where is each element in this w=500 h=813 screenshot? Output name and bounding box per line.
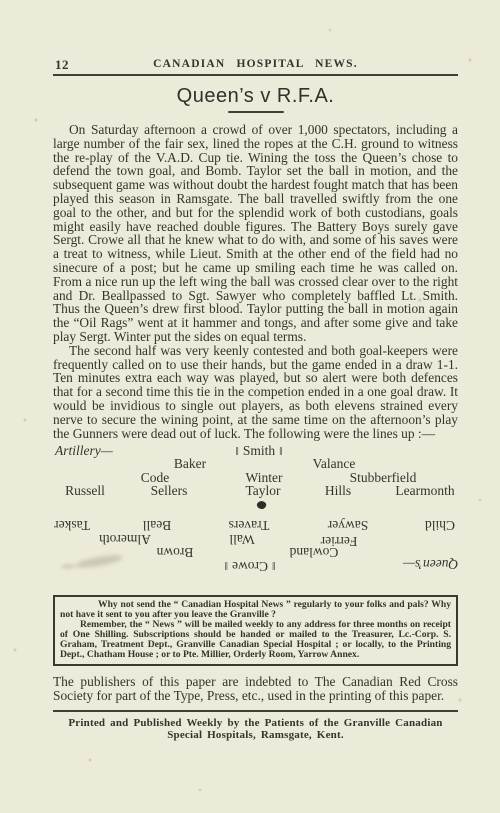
article-paragraph: The second half was very keenly conteste…	[53, 344, 458, 441]
subscription-notice-box: Why not send the “ Canadian Hospital New…	[53, 595, 458, 665]
title-flourish	[228, 111, 284, 113]
footer-rule	[53, 710, 458, 712]
article-paragraph: On Saturday afternoon a crowd of over 1,…	[53, 123, 458, 344]
page-content: 12 CANADIAN HOSPITAL NEWS. Queen’s v R.F…	[53, 0, 458, 742]
ink-smudge	[61, 564, 75, 569]
player-name: Hills	[325, 483, 351, 499]
player-name: Sawyer	[328, 517, 369, 533]
notice-paragraph: Why not send the “ Canadian Hospital New…	[60, 600, 451, 620]
player-name: Learmonth	[395, 483, 454, 499]
player-name: Taylor	[245, 483, 280, 499]
goal-bar-icon: ‖	[221, 559, 232, 573]
ink-smudge	[75, 553, 124, 570]
goal-bar-icon: ‖	[231, 444, 242, 458]
imprint-line: Printed and Published Weekly by the Pati…	[53, 717, 458, 742]
page-header: 12 CANADIAN HOSPITAL NEWS.	[53, 0, 458, 76]
player-name: Almeroth	[99, 531, 151, 547]
header-rule	[53, 74, 458, 76]
football-icon	[256, 500, 268, 511]
player-name: Child	[425, 517, 455, 533]
goal-bar-icon: ‖	[275, 444, 286, 458]
player-name: Baker	[174, 456, 206, 472]
player-name: Russell	[65, 483, 105, 499]
scanned-newspaper-page: { "colors": { "paper": "#ecead9", "ink":…	[0, 0, 500, 813]
publishers-note: The publishers of this paper are indebte…	[53, 675, 458, 703]
article-title: Queen’s v R.F.A.	[53, 85, 458, 108]
player-name: Smith	[243, 443, 275, 458]
artillery-team-label: Artillery—	[55, 443, 113, 459]
notice-paragraph: Remember, the “ News ” will be mailed we…	[60, 620, 451, 660]
player-name: Crowe	[232, 559, 268, 574]
player-name: Wall	[229, 531, 254, 547]
queens-goalkeeper: ‖Crowe‖	[221, 558, 280, 574]
queens-team-label: Queen’s—	[403, 556, 458, 572]
article-body: On Saturday afternoon a crowd of over 1,…	[53, 123, 458, 440]
player-name: Cowland	[290, 544, 339, 560]
page-number: 12	[55, 57, 69, 73]
artillery-goalkeeper: ‖Smith‖	[231, 443, 286, 459]
player-name: Sellers	[151, 483, 188, 499]
masthead-title: CANADIAN HOSPITAL NEWS.	[53, 58, 458, 70]
player-name: Tasker	[54, 517, 90, 533]
goal-bar-icon: ‖	[268, 559, 279, 573]
player-name: Brown	[157, 544, 194, 560]
lineup-diagram: Artillery— ‖Smith‖ Baker Valance Code Wi…	[53, 443, 458, 589]
